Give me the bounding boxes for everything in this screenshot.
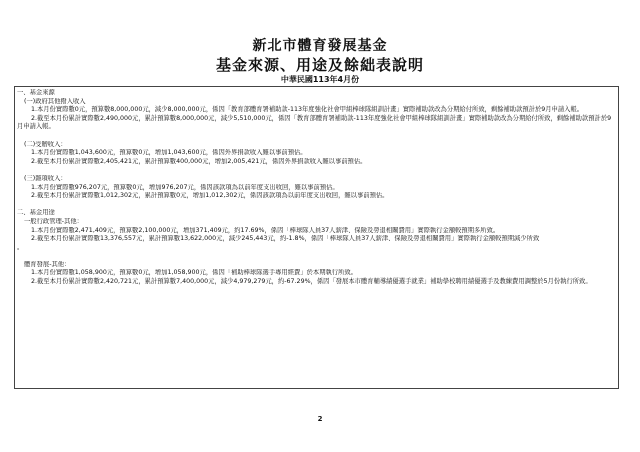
page-number: 2 (0, 415, 640, 423)
document-title: 新北市體育發展基金 (0, 35, 640, 55)
section-heading-use: 二、基金用途 (17, 209, 615, 218)
report-period: 中華民國113年4月份 (0, 74, 640, 85)
admin-item-1: 1.本月份實際數2,471,409元，預算數2,100,000元，增加371,4… (17, 227, 615, 236)
subheading-misc-income: (三)雜項收入： (17, 175, 615, 184)
donation-income-item-1: 1.本月份實際數1,043,600元，預算數0元，增加1,043,600元，係因… (17, 149, 615, 158)
section-heading-source: 一、基金來源 (17, 89, 615, 98)
document-subtitle: 基金來源、用途及餘絀表說明 (0, 54, 640, 75)
subheading-admin: 一般行政管理-其他： (17, 218, 615, 227)
sports-dev-item-2: 2.截至本月份累計實際數2,420,721元，累計預算數7,400,000元，減… (17, 278, 615, 287)
misc-income-item-1: 1.本月份實際數976,207元，預算數0元，增加976,207元，係因該款項為… (17, 184, 615, 193)
donation-income-item-2: 2.截至本月份累計實際數2,405,421元，累計預算數400,000元，增加2… (17, 158, 615, 167)
subheading-gov-income: (一)政府其他撥入收入 (17, 98, 615, 107)
admin-item-2: 2.截至本月份累計實際數13,376,557元，累計預算數13,622,000元… (17, 235, 615, 244)
admin-item-2-tail: 。 (17, 244, 615, 253)
gov-income-item-1: 1.本月份實際數0元，預算數8,000,000元，減少8,000,000元，係因… (17, 106, 615, 115)
subheading-sports-dev: 體育發展-其他： (17, 261, 615, 270)
explanation-box: 一、基金來源 (一)政府其他撥入收入 1.本月份實際數0元，預算數8,000,0… (14, 86, 619, 389)
gov-income-item-2: 2.截至本月份累計實際數2,490,000元，累計預算數8,000,000元，減… (17, 115, 615, 132)
subheading-donation-income: (二)受贈收入： (17, 141, 615, 150)
sports-dev-item-1: 1.本月份實際數1,058,900元，預算數0元，增加1,058,900元，係因… (17, 269, 615, 278)
misc-income-item-2: 2.截至本月份累計實際數1,012,302元，累計預算數0元，增加1,012,3… (17, 192, 615, 201)
